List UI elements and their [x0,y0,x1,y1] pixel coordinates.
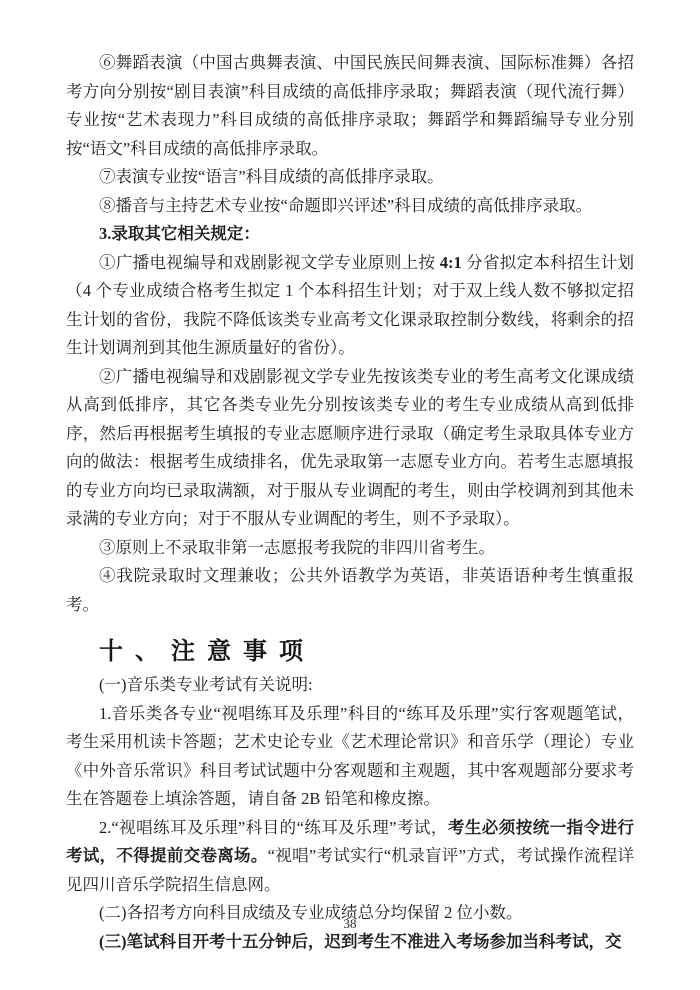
text-run: ⑥舞蹈表演（中国古典舞表演、中国民族民间舞表演、国际标准舞）各招考方向分别按“剧… [66,53,634,158]
paragraph: ①广播电视编导和戏剧影视文学专业原则上按 4:1 分省拟定本科招生计划（4 个专… [66,249,634,363]
text-run: ⑧播音与主持艺术专业按“命题即兴评述”科目成绩的高低排序录取。 [99,196,592,215]
section-admission-rules-continued: ⑥舞蹈表演（中国古典舞表演、中国民族民间舞表演、国际标准舞）各招考方向分别按“剧… [66,49,634,619]
paragraph: ③原则上不录取非第一志愿报考我院的非四川省考生。 [66,534,634,563]
text-run: 1.音乐类各专业“视唱练耳及乐理”科目的“练耳及乐理”实行客观题笔试，考生采用机… [66,704,634,809]
page-number: 38 [0,916,700,932]
text-run-bold: 4:1 [440,253,462,272]
paragraph: 1.音乐类各专业“视唱练耳及乐理”科目的“练耳及乐理”实行客观题笔试，考生采用机… [66,700,634,814]
paragraph: (一)音乐类专业考试有关说明: [66,671,634,700]
text-run: ④我院录取时文理兼收；公共外语教学为英语，非英语语种考生慎重报考。 [66,566,634,614]
document-page: ⑥舞蹈表演（中国古典舞表演、中国民族民间舞表演、国际标准舞）各招考方向分别按“剧… [0,0,700,990]
paragraph-subheading: 3.录取其它相关规定： [66,220,634,249]
paragraph: 2.“视唱练耳及乐理”科目的“练耳及乐理”考试，考生必须按统一指令进行考试，不得… [66,814,634,900]
paragraph: ⑧播音与主持艺术专业按“命题即兴评述”科目成绩的高低排序录取。 [66,192,634,221]
paragraph: ⑦表演专业按“语言”科目成绩的高低排序录取。 [66,163,634,192]
section-notes: (一)音乐类专业考试有关说明: 1.音乐类各专业“视唱练耳及乐理”科目的“练耳及… [66,671,634,956]
text-run: 3.录取其它相关规定： [99,224,260,243]
paragraph: ②广播电视编导和戏剧影视文学专业先按该类专业的考生高考文化课成绩从高到低排序，其… [66,363,634,534]
section-heading: 十、注意事项 [66,635,634,669]
text-run: ③原则上不录取非第一志愿报考我院的非四川省考生。 [99,538,495,557]
paragraph: ⑥舞蹈表演（中国古典舞表演、中国民族民间舞表演、国际标准舞）各招考方向分别按“剧… [66,49,634,163]
text-run: ①广播电视编导和戏剧影视文学专业原则上按 [99,253,440,272]
paragraph: ④我院录取时文理兼收；公共外语教学为英语，非英语语种考生慎重报考。 [66,562,634,619]
text-run: ⑦表演专业按“语言”科目成绩的高低排序录取。 [99,167,444,186]
text-run: ②广播电视编导和戏剧影视文学专业先按该类专业的考生高考文化课成绩从高到低排序，其… [66,367,634,529]
text-run: 2.“视唱练耳及乐理”科目的“练耳及乐理”考试， [99,818,448,837]
text-run: (一)音乐类专业考试有关说明: [99,675,313,694]
text-run: (三)笔试科目开考十五分钟后，迟到考生不准进入考场参加当科考试，交 [99,932,622,951]
